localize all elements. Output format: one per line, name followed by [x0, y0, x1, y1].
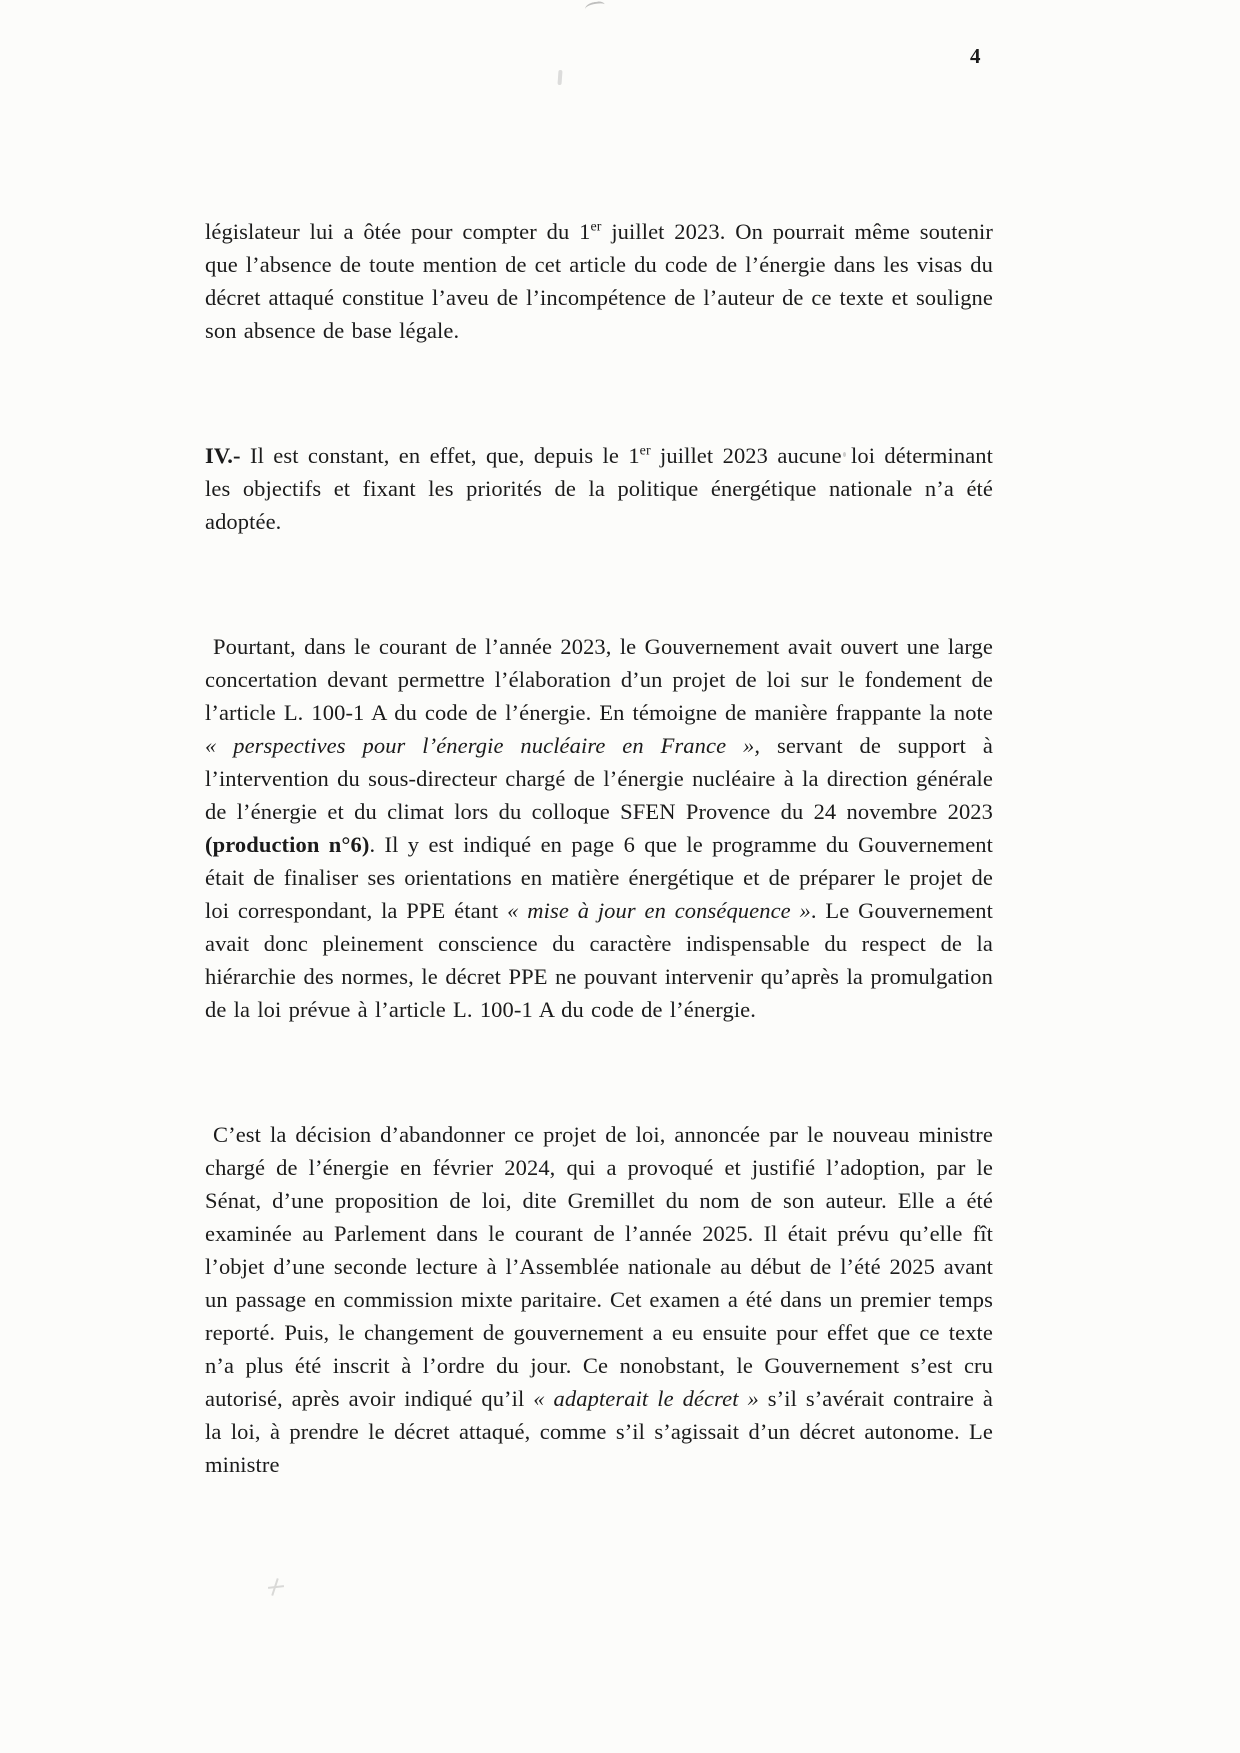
text-run: C’est la décision d’abandonner ce projet… — [205, 1122, 993, 1411]
text-run: Pourtant, dans le courant de l’année 202… — [205, 634, 993, 725]
paragraph: Pourtant, dans le courant de l’année 202… — [205, 630, 993, 1026]
text-run: Il est constant, en effet, que, depuis l… — [241, 443, 640, 468]
text-run: « perspectives pour l’énergie nucléaire … — [205, 733, 760, 758]
text-run: « mise à jour en conséquence » — [507, 898, 811, 923]
text-run: er — [591, 220, 602, 235]
document-body: législateur lui a ôtée pour compter du 1… — [205, 215, 993, 1573]
text-run: « adapterait le décret » — [533, 1386, 759, 1411]
paragraph: législateur lui a ôtée pour compter du 1… — [205, 215, 993, 347]
text-run: IV.- — [205, 443, 241, 468]
page-number: 4 — [970, 44, 981, 69]
text-run: (production n°6) — [205, 832, 369, 857]
scan-artifact-top-squiggle — [584, 1, 605, 15]
scanned-page: 4 législateur lui a ôtée pour compter du… — [0, 0, 1240, 1753]
paragraph: C’est la décision d’abandonner ce projet… — [205, 1118, 993, 1481]
scan-artifact-pencil-mark — [265, 1578, 287, 1596]
scan-artifact-staple-mark — [557, 70, 562, 85]
text-run: législateur lui a ôtée pour compter du 1 — [205, 219, 591, 244]
text-run: er — [640, 444, 651, 459]
paragraph: IV.- Il est constant, en effet, que, dep… — [205, 439, 993, 538]
